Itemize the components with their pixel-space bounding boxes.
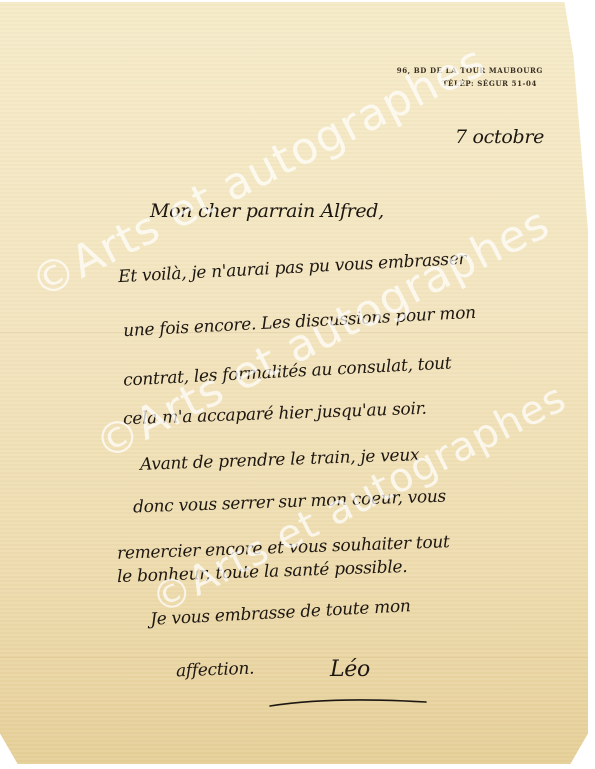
signature-underline-flourish [268,692,428,712]
letter-signature: Léo [330,657,370,682]
letter-date: 7 octobre [455,126,544,148]
letterhead-phone: Télép: Ségur 51-04 [397,77,537,90]
letter-closing: affection. [176,659,255,682]
letterhead: 96, Bd de la Tour Maubourg Télép: Ségur … [397,64,543,90]
letter-salutation: Mon cher parrain Alfred, [150,200,384,222]
letterhead-address: 96, Bd de la Tour Maubourg [397,64,543,77]
letter-paper [0,2,588,764]
paper-fold-line [0,657,588,658]
